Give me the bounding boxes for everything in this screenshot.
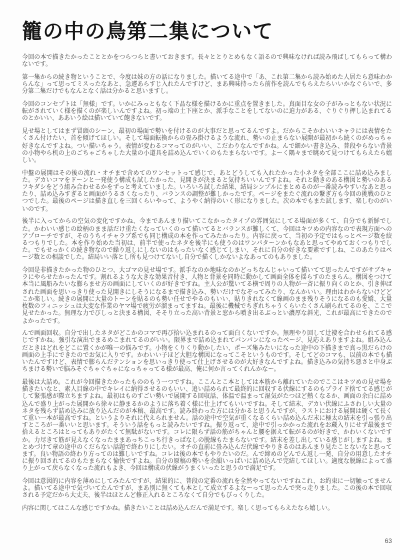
afterword-body: 今回の本で描きたかったこととかをつらつらと書いておきます。長々ととりとめもなく語… — [22, 55, 392, 513]
paragraph: 中盤の展開はその後の流れ・オチまで含めてのワンセットって感じで、あとどうしても入… — [22, 171, 392, 214]
paragraph: んで画面回収。自分で出したネタがどこかのコマで再び拾い込まれるのって面白くないで… — [22, 331, 392, 374]
paragraph: 見せ場としてはまず冒頭のシーン、最初の場面で勢いを付けるのが大事だと思ってるんで… — [22, 129, 392, 165]
paragraph: 第一集からの続き物ということで、今度は妹の方の話になりました。描いてる途中で「あ… — [22, 75, 392, 97]
paragraph: 今回是非描きたかった物のひとつ、大ゴマの見せ場です。派手なのか地味なのかどっちな… — [22, 268, 392, 326]
paragraph: 今回の本で描きたかったこととかをつらつらと書いておきます。長々ととりとめもなく語… — [22, 55, 392, 69]
page-number: 63 — [385, 538, 392, 545]
page-title: 籠の中の鳥第二集について — [22, 18, 392, 44]
paragraph: 今回は意図的に内容を薄めにしてみたんですが、結果的に、普段の定番の流れを全然やっ… — [22, 479, 392, 501]
paragraph: 後半に入ってからの空気の変化ですかね、今まであんまり描いてこなかったタイプの雰囲… — [22, 219, 392, 262]
paragraph: 内容に関してはこんな感じですかね。描きたいことは詰め込んだんで満足です。楽しく思… — [22, 506, 392, 513]
document-page: 籠の中の鳥第二集について 今回の本で描きたかったこととかをつらつらと書いておきま… — [0, 0, 400, 560]
paragraph: 今回のコンセプトは「無様」です。いかにみっともなく下品な様を描けるかに重点を置き… — [22, 102, 392, 124]
paragraph: 最後は大詰め。これが今回描きたかったもののもう一つですね。ここんとこ本としては本… — [22, 380, 392, 474]
